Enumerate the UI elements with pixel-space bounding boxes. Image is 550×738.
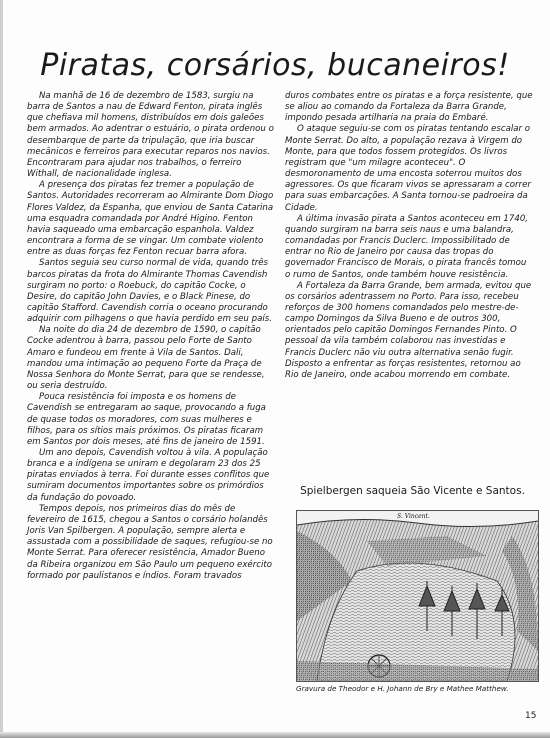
paragraph: Tempos depois, nos primeiros dias do mês… [27,504,275,582]
page-edge [0,732,550,738]
paragraph: Santos seguia seu curso normal de vida, … [27,258,275,325]
page-title: Piratas, corsários, bucaneiros! [0,48,550,83]
page-edge [0,0,3,738]
paragraph: A última invasão pirata a Santos acontec… [285,214,533,281]
harbor-engraving-icon [297,511,538,681]
paragraph: A Fortaleza da Barra Grande, bem armada,… [285,281,533,381]
paragraph: Pouca resistência foi imposta e os homen… [27,392,275,448]
right-text-column: duros combates entre os piratas e a forç… [285,91,533,381]
paragraph: O ataque seguiu-se com os piratas tentan… [285,124,533,213]
figure-title: Spielbergen saqueia São Vicente e Santos… [290,485,535,497]
paragraph: Um ano depois, Cavendish voltou à vila. … [27,448,275,504]
paragraph: Na manhã de 16 de dezembro de 1583, surg… [27,91,275,180]
engraving-place-label: S. Vincent. [397,513,430,520]
page-number: 15 [525,711,536,721]
paragraph: duros combates entre os piratas e a forç… [285,91,533,124]
left-text-column: Na manhã de 16 de dezembro de 1583, surg… [27,91,275,582]
engraving-image: S. Vincent. [296,510,539,682]
paragraph: Na noite do dia 24 de dezembro de 1590, … [27,325,275,392]
figure-credit: Gravura de Theodor e H. Johann de Bry e … [296,684,546,693]
paragraph: A presença dos piratas fez tremer a popu… [27,180,275,258]
